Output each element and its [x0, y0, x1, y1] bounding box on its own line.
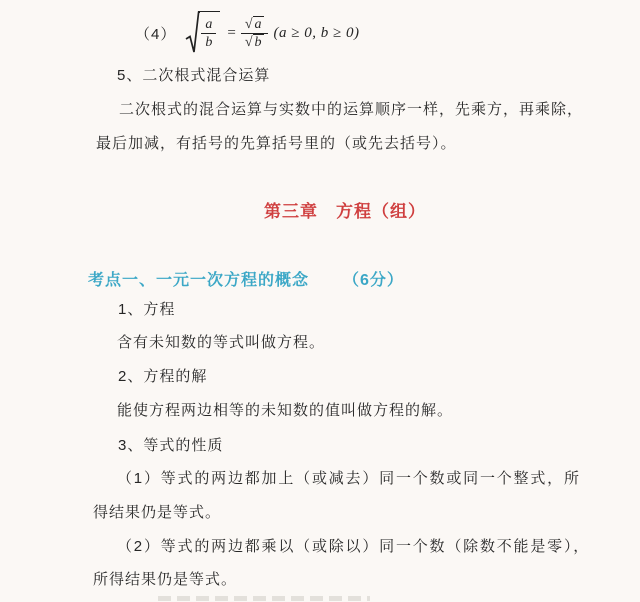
- document-page: （4） a b = √a √b (a ≥ 0, b ≥ 0) 5、二次根式混合运…: [0, 0, 640, 602]
- root-arg-b: b: [253, 34, 264, 50]
- definition-2-body: 能使方程两边相等的未知数的值叫做方程的解。: [117, 401, 453, 420]
- property-1-line2: 得结果仍是等式。: [93, 503, 221, 522]
- rhs-denominator-root: √b: [245, 34, 264, 50]
- definition-2-heading: 2、方程的解: [118, 367, 207, 386]
- sqrt-glyph: √: [245, 17, 253, 32]
- lhs-denominator: b: [205, 34, 212, 50]
- big-square-root: a b: [185, 11, 220, 55]
- definition-3-heading: 3、等式的性质: [118, 436, 223, 455]
- root-arg-a: a: [253, 16, 264, 32]
- formula-condition: (a ≥ 0, b ≥ 0): [274, 25, 360, 42]
- chapter-heading: 第三章 方程（组）: [50, 197, 640, 222]
- equals-sign: =: [227, 25, 235, 42]
- rhs-numerator-root: √a: [241, 17, 268, 34]
- radicand-fraction: a b: [198, 11, 220, 50]
- formula-line-4: （4） a b = √a √b (a ≥ 0, b ≥ 0): [135, 9, 359, 57]
- definition-1-body: 含有未知数的等式叫做方程。: [117, 333, 325, 352]
- cut-off-text-line: [158, 596, 370, 601]
- definition-1-heading: 1、方程: [118, 300, 175, 319]
- section5-paragraph-line2: 最后加减，有括号的先算括号里的（或先去括号）。: [96, 134, 457, 153]
- topic-heading: 考点一、一元一次方程的概念（6分）: [88, 267, 404, 290]
- topic-score: （6分）: [343, 272, 404, 289]
- section5-paragraph-line1: 二次根式的混合运算与实数中的运算顺序一样，先乘方，再乘除，: [119, 100, 583, 119]
- topic-title: 考点一、一元一次方程的概念: [88, 272, 309, 289]
- property-1-line1: （1）等式的两边都加上（或减去）同一个数或同一个整式，所: [117, 469, 581, 488]
- lhs-numerator: a: [201, 17, 216, 34]
- rhs-fraction: √a √b: [241, 17, 268, 50]
- section5-heading: 5、二次根式混合运算: [117, 66, 270, 85]
- sqrt-glyph: √: [245, 35, 253, 50]
- property-2-line2: 所得结果仍是等式。: [93, 570, 237, 589]
- formula-item-label: （4）: [135, 23, 176, 44]
- property-2-line1: （2）等式的两边都乘以（或除以）同一个数（除数不能是零），: [117, 537, 590, 556]
